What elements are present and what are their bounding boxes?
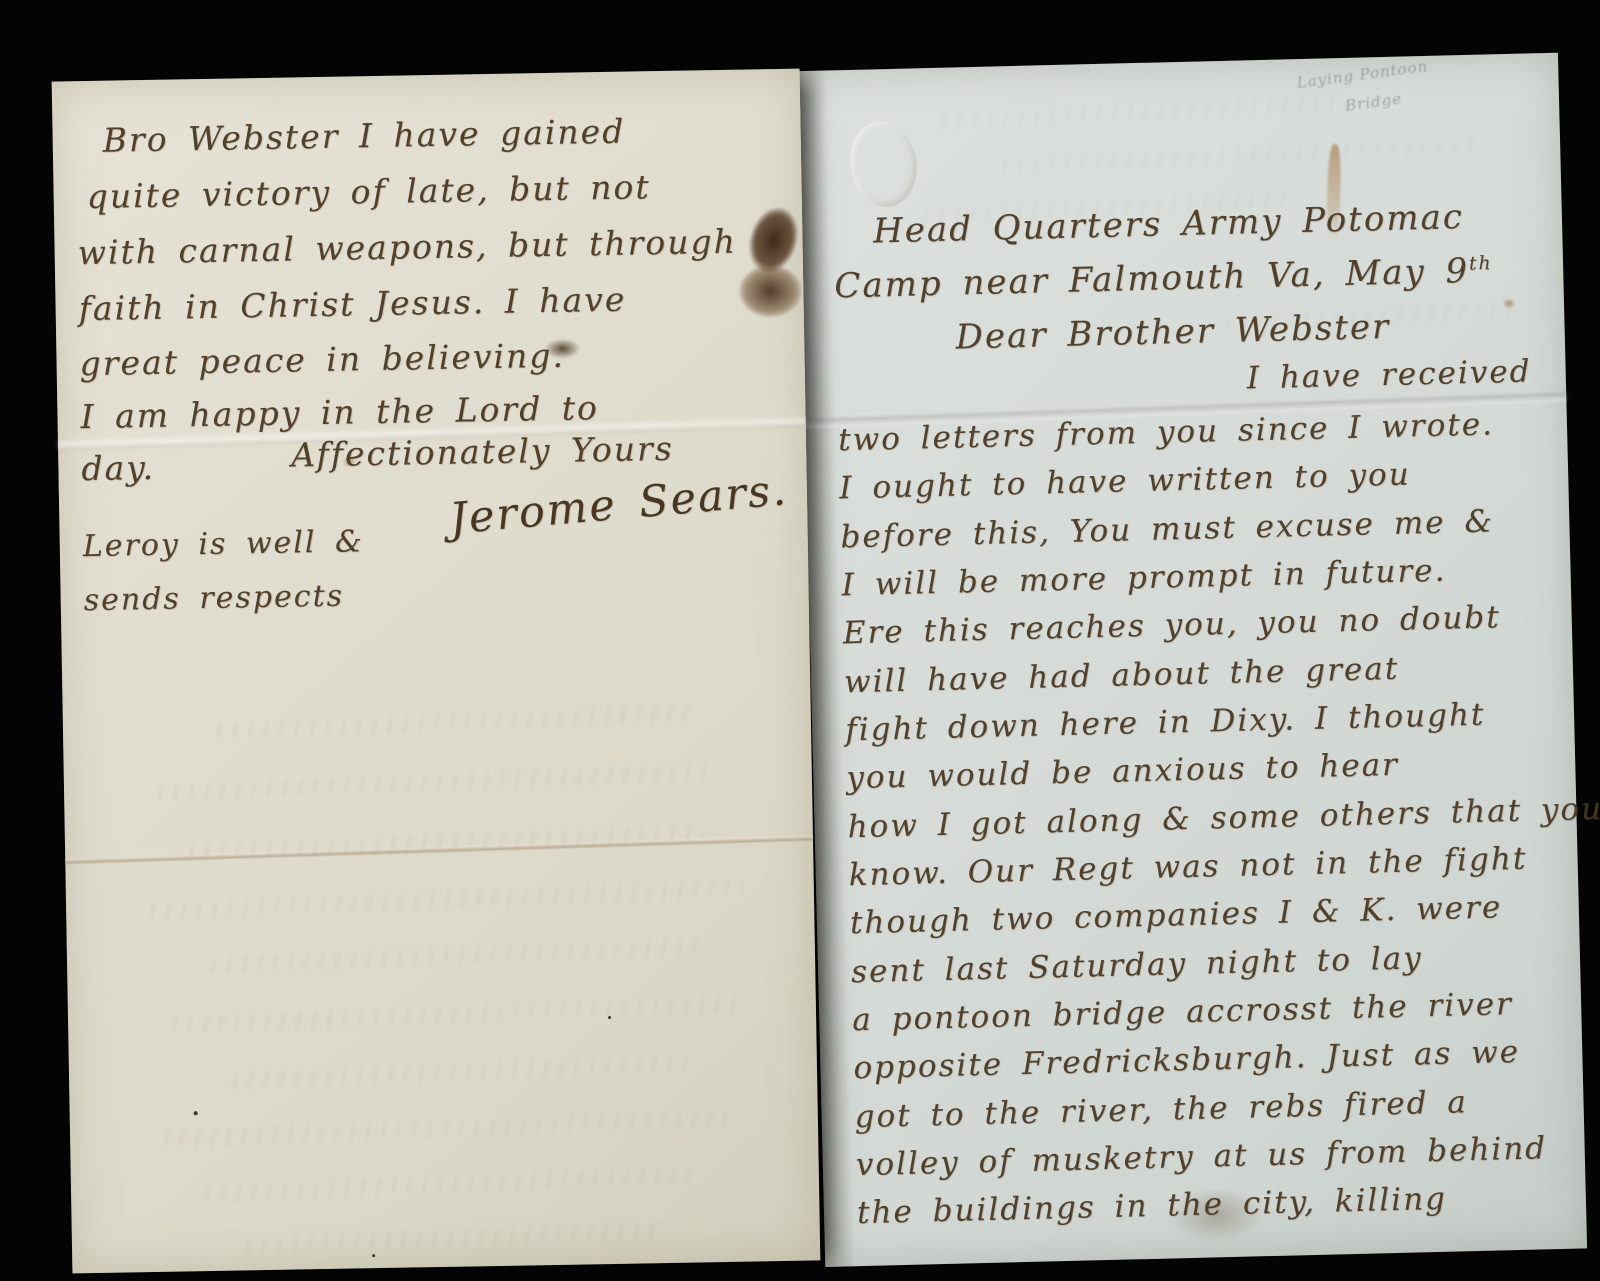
letter-line: fight down here in Dixy. I thought bbox=[845, 697, 1486, 749]
letter-line: will have had about the great bbox=[844, 651, 1400, 701]
right-page-sheet: Laying Pontoon Bridge Head Quarters Army… bbox=[796, 53, 1587, 1267]
pencil-note-line: Bridge bbox=[1344, 90, 1403, 115]
letter-line: I will be more prompt in future. bbox=[841, 553, 1447, 604]
letter-line: I have received bbox=[1246, 353, 1532, 396]
embossed-letterhead-mark bbox=[844, 116, 923, 212]
date-line-text: Camp near Falmouth Va, May 9 bbox=[834, 251, 1470, 307]
date-ordinal: th bbox=[1469, 253, 1493, 275]
letter-heading-line: Head Quarters Army Potomac bbox=[873, 197, 1465, 251]
letter-line: know. Our Regt was not in the fight bbox=[848, 841, 1527, 894]
signature: Jerome Sears. bbox=[448, 465, 790, 544]
ghost-writing bbox=[154, 764, 714, 800]
postscript-line: Leroy is well & bbox=[82, 524, 364, 564]
speck bbox=[194, 1111, 198, 1115]
ghost-writing bbox=[160, 1110, 740, 1147]
speck bbox=[608, 1016, 611, 1019]
letter-line: you would be anxious to hear bbox=[846, 747, 1399, 796]
ghost-writing bbox=[213, 706, 693, 739]
letter-line: how I got along & some others that you bbox=[847, 791, 1600, 845]
letter-line: faith in Christ Jesus. I have bbox=[78, 280, 626, 329]
letter-salutation: Dear Brother Webster bbox=[955, 307, 1391, 358]
letter-line: got to the river, the rebs fired a bbox=[854, 1084, 1468, 1135]
letter-line: Ere this reaches you, you no doubt bbox=[842, 599, 1501, 651]
ghost-writing bbox=[998, 138, 1478, 175]
letter-line: a pontoon bridge accrosst the river bbox=[852, 986, 1513, 1038]
letter-line: opposite Fredricksburgh. Just as we bbox=[853, 1034, 1520, 1086]
letter-line: though two companies I & K. were bbox=[850, 889, 1503, 941]
ghost-writing bbox=[185, 825, 705, 860]
letter-heading-line: Camp near Falmouth Va, May 9th bbox=[834, 250, 1493, 306]
letter-line: Bro Webster I have gained bbox=[102, 112, 625, 160]
letter-line: before this, You must excuse me & bbox=[840, 503, 1494, 555]
letter-line: the buildings in the city, killing bbox=[857, 1181, 1448, 1231]
letter-line: great peace in believing. bbox=[79, 336, 565, 383]
ghost-writing bbox=[207, 939, 707, 973]
ghost-writing bbox=[229, 1056, 689, 1089]
ghost-writing bbox=[146, 881, 746, 919]
ghost-writing bbox=[242, 1223, 662, 1254]
ghost-writing bbox=[168, 996, 738, 1033]
letter-line: with carnal weapons, but through bbox=[77, 222, 737, 272]
letter-scan: Bro Webster I have gained quite victory … bbox=[0, 0, 1600, 1281]
letter-line: day. bbox=[81, 448, 155, 488]
ghost-writing bbox=[937, 95, 1357, 129]
letter-line: I ought to have written to you bbox=[839, 456, 1411, 506]
letter-line: sent last Saturday night to lay bbox=[851, 940, 1423, 990]
letter-closing: Affectionately Yours bbox=[291, 429, 674, 475]
speck bbox=[372, 1254, 375, 1257]
postscript-line: sends respects bbox=[83, 579, 344, 619]
letter-line: quite victory of late, but not bbox=[86, 167, 651, 216]
left-page-sheet: Bro Webster I have gained quite victory … bbox=[52, 69, 821, 1274]
ink-stain bbox=[739, 265, 802, 318]
ghost-writing bbox=[201, 1167, 701, 1201]
pencil-note-line: Laying Pontoon bbox=[1296, 57, 1429, 92]
letter-line: volley of musketry at us from behind bbox=[855, 1130, 1547, 1183]
